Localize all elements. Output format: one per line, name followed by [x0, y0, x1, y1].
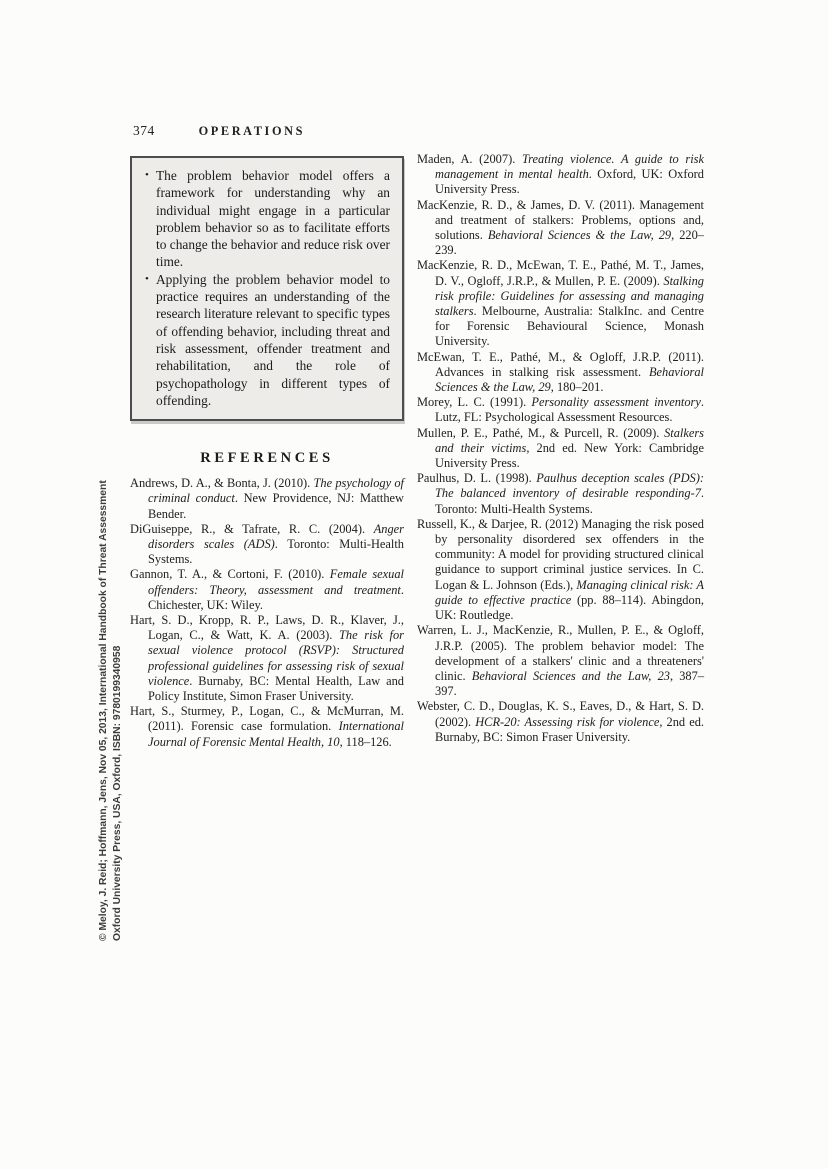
reference-item: MacKenzie, R. D., & James, D. V. (2011).…	[417, 198, 704, 259]
references-heading: REFERENCES	[130, 450, 404, 467]
running-head-section: OPERATIONS	[199, 124, 305, 138]
summary-bullet: Applying the problem behavior model to p…	[143, 271, 390, 409]
summary-bullet: The problem behavior model offers a fram…	[143, 167, 390, 271]
reference-item: Hart, S., Sturmey, P., Logan, C., & McMu…	[130, 704, 404, 750]
reference-item: DiGuiseppe, R., & Tafrate, R. C. (2004).…	[130, 522, 404, 568]
running-head: 374 OPERATIONS	[133, 123, 404, 139]
copyright-sidebar: © Meloy, J. Reid; Hoffmann, Jens, Nov 05…	[95, 486, 127, 941]
reference-item: Webster, C. D., Douglas, K. S., Eaves, D…	[417, 699, 704, 745]
reference-item: McEwan, T. E., Pathé, M., & Ogloff, J.R.…	[417, 350, 704, 396]
reference-item: Hart, S. D., Kropp, R. P., Laws, D. R., …	[130, 613, 404, 704]
reference-item: Russell, K., & Darjee, R. (2012) Managin…	[417, 517, 704, 623]
reference-item: Mullen, P. E., Pathé, M., & Purcell, R. …	[417, 426, 704, 472]
reference-item: Paulhus, D. L. (1998). Paulhus deception…	[417, 471, 704, 517]
reference-item: Gannon, T. A., & Cortoni, F. (2010). Fem…	[130, 567, 404, 613]
left-column: The problem behavior model offers a fram…	[130, 156, 404, 750]
copyright-sidebar-text: © Meloy, J. Reid; Hoffmann, Jens, Nov 05…	[97, 486, 124, 941]
summary-box: The problem behavior model offers a fram…	[130, 156, 404, 421]
reference-item: Andrews, D. A., & Bonta, J. (2010). The …	[130, 476, 404, 522]
reference-item: MacKenzie, R. D., McEwan, T. E., Pathé, …	[417, 258, 704, 349]
reference-item: Morey, L. C. (1991). Personality assessm…	[417, 395, 704, 425]
book-page: 374 OPERATIONS © Meloy, J. Reid; Hoffman…	[0, 0, 828, 1169]
page-number: 374	[133, 123, 155, 138]
references-left-column: Andrews, D. A., & Bonta, J. (2010). The …	[130, 476, 404, 750]
reference-item: Warren, L. J., MacKenzie, R., Mullen, P.…	[417, 623, 704, 699]
reference-item: Maden, A. (2007). Treating violence. A g…	[417, 152, 704, 198]
copyright-line-2: Oxford University Press, USA, Oxford, IS…	[111, 486, 125, 941]
summary-bullet-list: The problem behavior model offers a fram…	[143, 167, 390, 409]
references-right-column: Maden, A. (2007). Treating violence. A g…	[417, 152, 704, 745]
copyright-line-1: © Meloy, J. Reid; Hoffmann, Jens, Nov 05…	[97, 486, 111, 941]
